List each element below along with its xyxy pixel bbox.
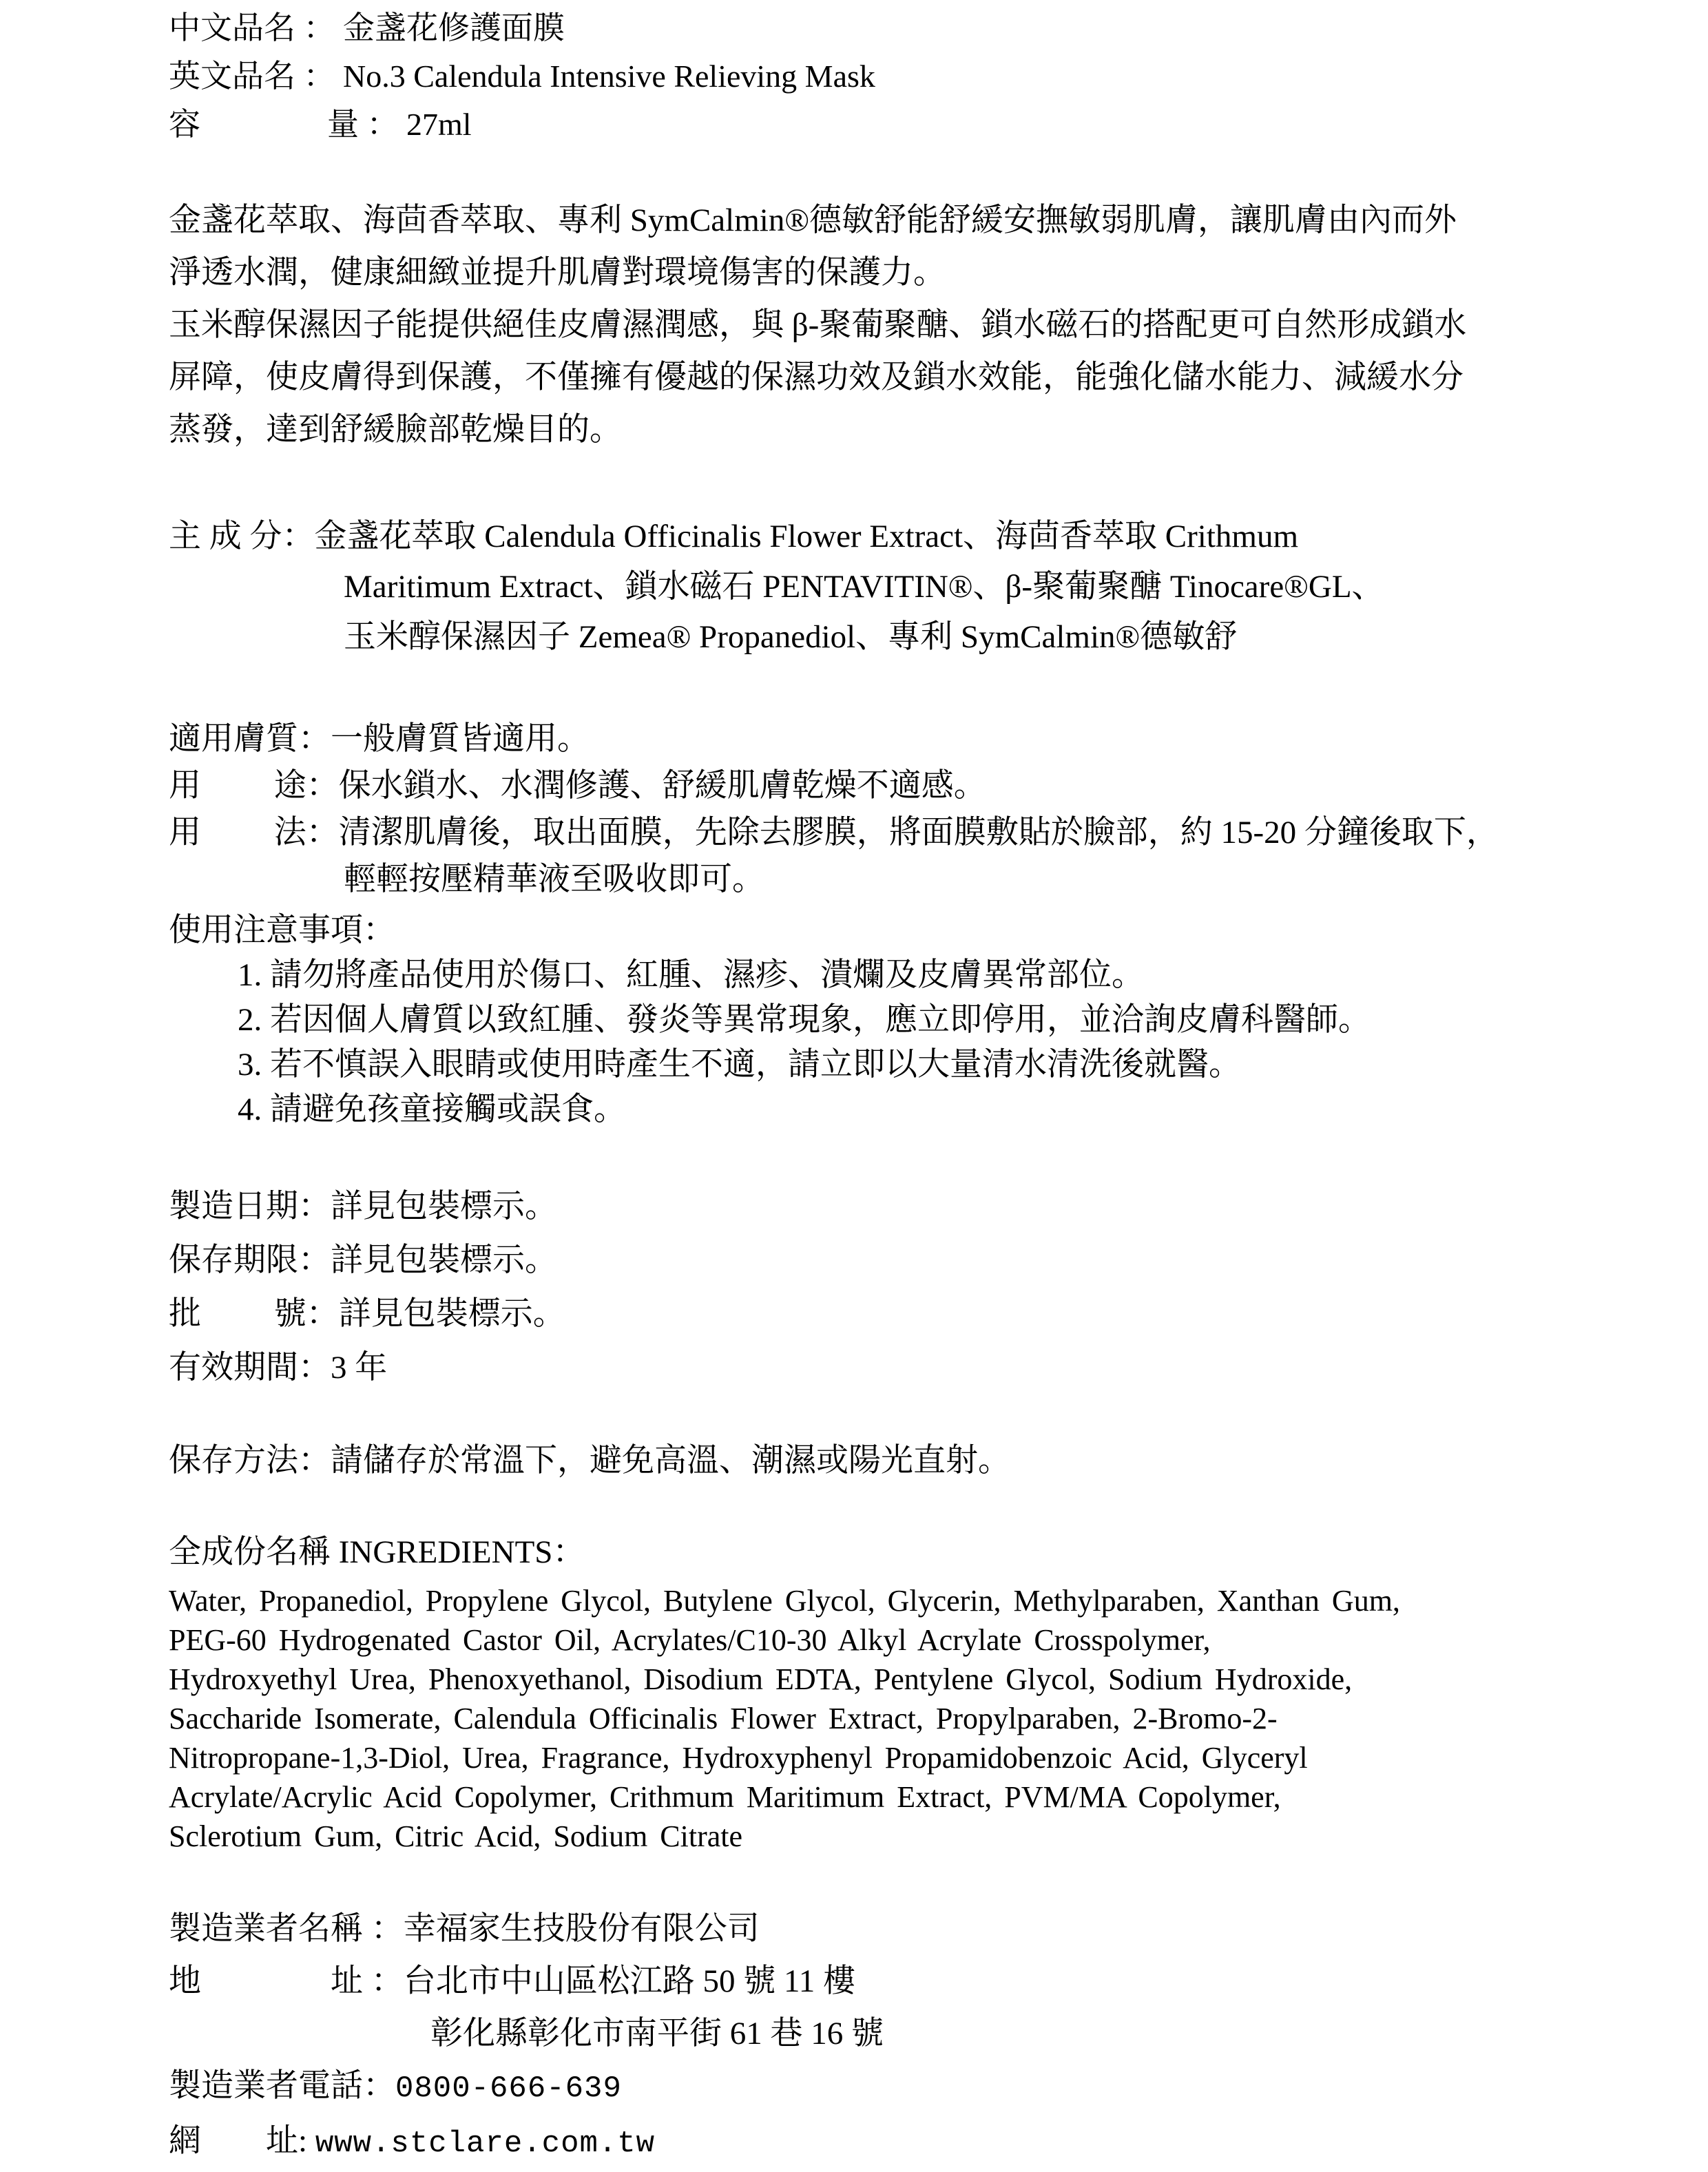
product-name-en: 英文品名 ： No.3 Calendula Intensive Relievin… (169, 52, 1570, 101)
manufacturer-section: 製造業者名稱 ：幸福家生技股份有限公司 地 址 ：台北市中山區松江路 50 號 … (169, 1903, 1570, 2170)
ingredients-line-1: Water, Propanediol, Propylene Glycol, Bu… (169, 1581, 1570, 1620)
main-ingredients-line-1: 主 成 分：金盞花萃取 Calendula Officinalis Flower… (169, 512, 1570, 562)
product-header: 中文品名 ： 金盞花修護面膜 英文品名 ： No.3 Calendula Int… (169, 4, 1570, 149)
full-ingredients-list: Water, Propanediol, Propylene Glycol, Bu… (169, 1581, 1570, 1856)
main-ingredients: 主 成 分：金盞花萃取 Calendula Officinalis Flower… (169, 512, 1570, 662)
method-line-2: 輕輕按壓精華液至吸收即可。 (169, 856, 1570, 903)
ingredients-line-7: Sclerotium Gum, Citric Acid, Sodium Citr… (169, 1817, 1570, 1856)
ingredients-line-4: Saccharide Isomerate, Calendula Officina… (169, 1699, 1570, 1738)
product-information-sheet: 中文品名 ： 金盞花修護面膜 英文品名 ： No.3 Calendula Int… (0, 0, 1708, 2172)
precaution-item-3: 3. 若不慎誤入眼睛或使用時產生不適，請立即以大量清水清洗後就醫。 (169, 1043, 1570, 1087)
full-ingredients-heading-row: 全成份名稱 INGREDIENTS： (169, 1526, 1570, 1578)
manufacturer-phone-value: 0800-666-639 (395, 2071, 622, 2106)
product-volume: 容 量 ： 27ml (169, 101, 1570, 149)
batch-no-line: 批 號：詳見包裝標示。 (169, 1287, 1570, 1341)
full-ingredients-heading: 全成份名稱 INGREDIENTS： (169, 1526, 1570, 1578)
product-name-zh: 中文品名 ： 金盞花修護面膜 (169, 4, 1570, 52)
validity-line: 有效期間：3 年 (169, 1341, 1570, 1395)
manufacturer-website-label: 網 址: (169, 2123, 315, 2159)
main-ingredients-line-2: Maritimum Extract、鎖水磁石 PENTAVITIN®、β-聚葡聚… (169, 562, 1570, 612)
description-line-2: 淨透水潤，健康細緻並提升肌膚對環境傷害的保護力。 (169, 247, 1570, 299)
manufacturer-name-line: 製造業者名稱 ：幸福家生技股份有限公司 (169, 1903, 1570, 1955)
ingredients-line-6: Acrylate/Acrylic Acid Copolymer, Crithmu… (169, 1777, 1570, 1817)
skin-type-line: 適用膚質：一般膚質皆適用。 (169, 716, 1570, 762)
manufacturer-website-value: www.stclare.com.tw (315, 2127, 655, 2161)
usage-section: 適用膚質：一般膚質皆適用。 用 途：保水鎖水、水潤修護、舒緩肌膚乾燥不適感。 用… (169, 716, 1570, 903)
precaution-item-4: 4. 請避免孩童接觸或誤食。 (169, 1087, 1570, 1132)
manufacturer-address-line-1: 地 址 ：台北市中山區松江路 50 號 11 樓 (169, 1955, 1570, 2007)
main-ingredients-line-3: 玉米醇保濕因子 Zemea® Propanediol、專利 SymCalmin®… (169, 612, 1570, 662)
description-line-5: 蒸發，達到舒緩臉部乾燥目的。 (169, 404, 1570, 456)
ingredients-line-3: Hydroxyethyl Urea, Phenoxyethanol, Disod… (169, 1660, 1570, 1699)
description-paragraphs: 金盞花萃取、海茴香萃取、專利 SymCalmin®德敏舒能舒緩安撫敏弱肌膚，讓肌… (169, 194, 1570, 456)
shelf-life-line: 保存期限：詳見包裝標示。 (169, 1233, 1570, 1287)
description-line-4: 屏障，使皮膚得到保護，不僅擁有優越的保濕功效及鎖水效能，能強化儲水能力、減緩水分 (169, 351, 1570, 404)
precaution-item-1: 1. 請勿將產品使用於傷口、紅腫、濕疹、潰爛及皮膚異常部位。 (169, 953, 1570, 998)
precaution-item-2: 2. 若因個人膚質以致紅腫、發炎等異常現象，應立即停用，並洽詢皮膚科醫師。 (169, 998, 1570, 1043)
description-line-3: 玉米醇保濕因子能提供絕佳皮膚濕潤感，與 β-聚葡聚醣、鎖水磁石的搭配更可自然形成… (169, 299, 1570, 351)
manufacturer-website-line: 網 址: www.stclare.com.tw (169, 2115, 1570, 2170)
storage-section: 保存方法：請儲存於常溫下，避免高溫、潮濕或陽光直射。 (169, 1434, 1570, 1487)
manufacturer-address-line-2: 彰化縣彰化市南平街 61 巷 16 號 (169, 2007, 1570, 2060)
manufacturer-phone-line: 製造業者電話：0800-666-639 (169, 2060, 1570, 2115)
manufacturer-phone-label: 製造業者電話： (169, 2068, 395, 2104)
precautions-section: 使用注意事項： 1. 請勿將產品使用於傷口、紅腫、濕疹、潰爛及皮膚異常部位。 2… (169, 908, 1570, 1132)
description-line-1: 金盞花萃取、海茴香萃取、專利 SymCalmin®德敏舒能舒緩安撫敏弱肌膚，讓肌… (169, 194, 1570, 247)
storage-line: 保存方法：請儲存於常溫下，避免高溫、潮濕或陽光直射。 (169, 1434, 1570, 1487)
mfg-date-line: 製造日期：詳見包裝標示。 (169, 1180, 1570, 1233)
ingredients-line-5: Nitropropane-1,3-Diol, Urea, Fragrance, … (169, 1738, 1570, 1777)
precautions-title: 使用注意事項： (169, 908, 1570, 953)
method-line-1: 用 法：清潔肌膚後，取出面膜，先除去膠膜，將面膜敷貼於臉部，約 15-20 分鐘… (169, 809, 1570, 856)
purpose-line: 用 途：保水鎖水、水潤修護、舒緩肌膚乾燥不適感。 (169, 762, 1570, 809)
package-info-section: 製造日期：詳見包裝標示。 保存期限：詳見包裝標示。 批 號：詳見包裝標示。 有效… (169, 1180, 1570, 1395)
ingredients-line-2: PEG-60 Hydrogenated Castor Oil, Acrylate… (169, 1620, 1570, 1660)
